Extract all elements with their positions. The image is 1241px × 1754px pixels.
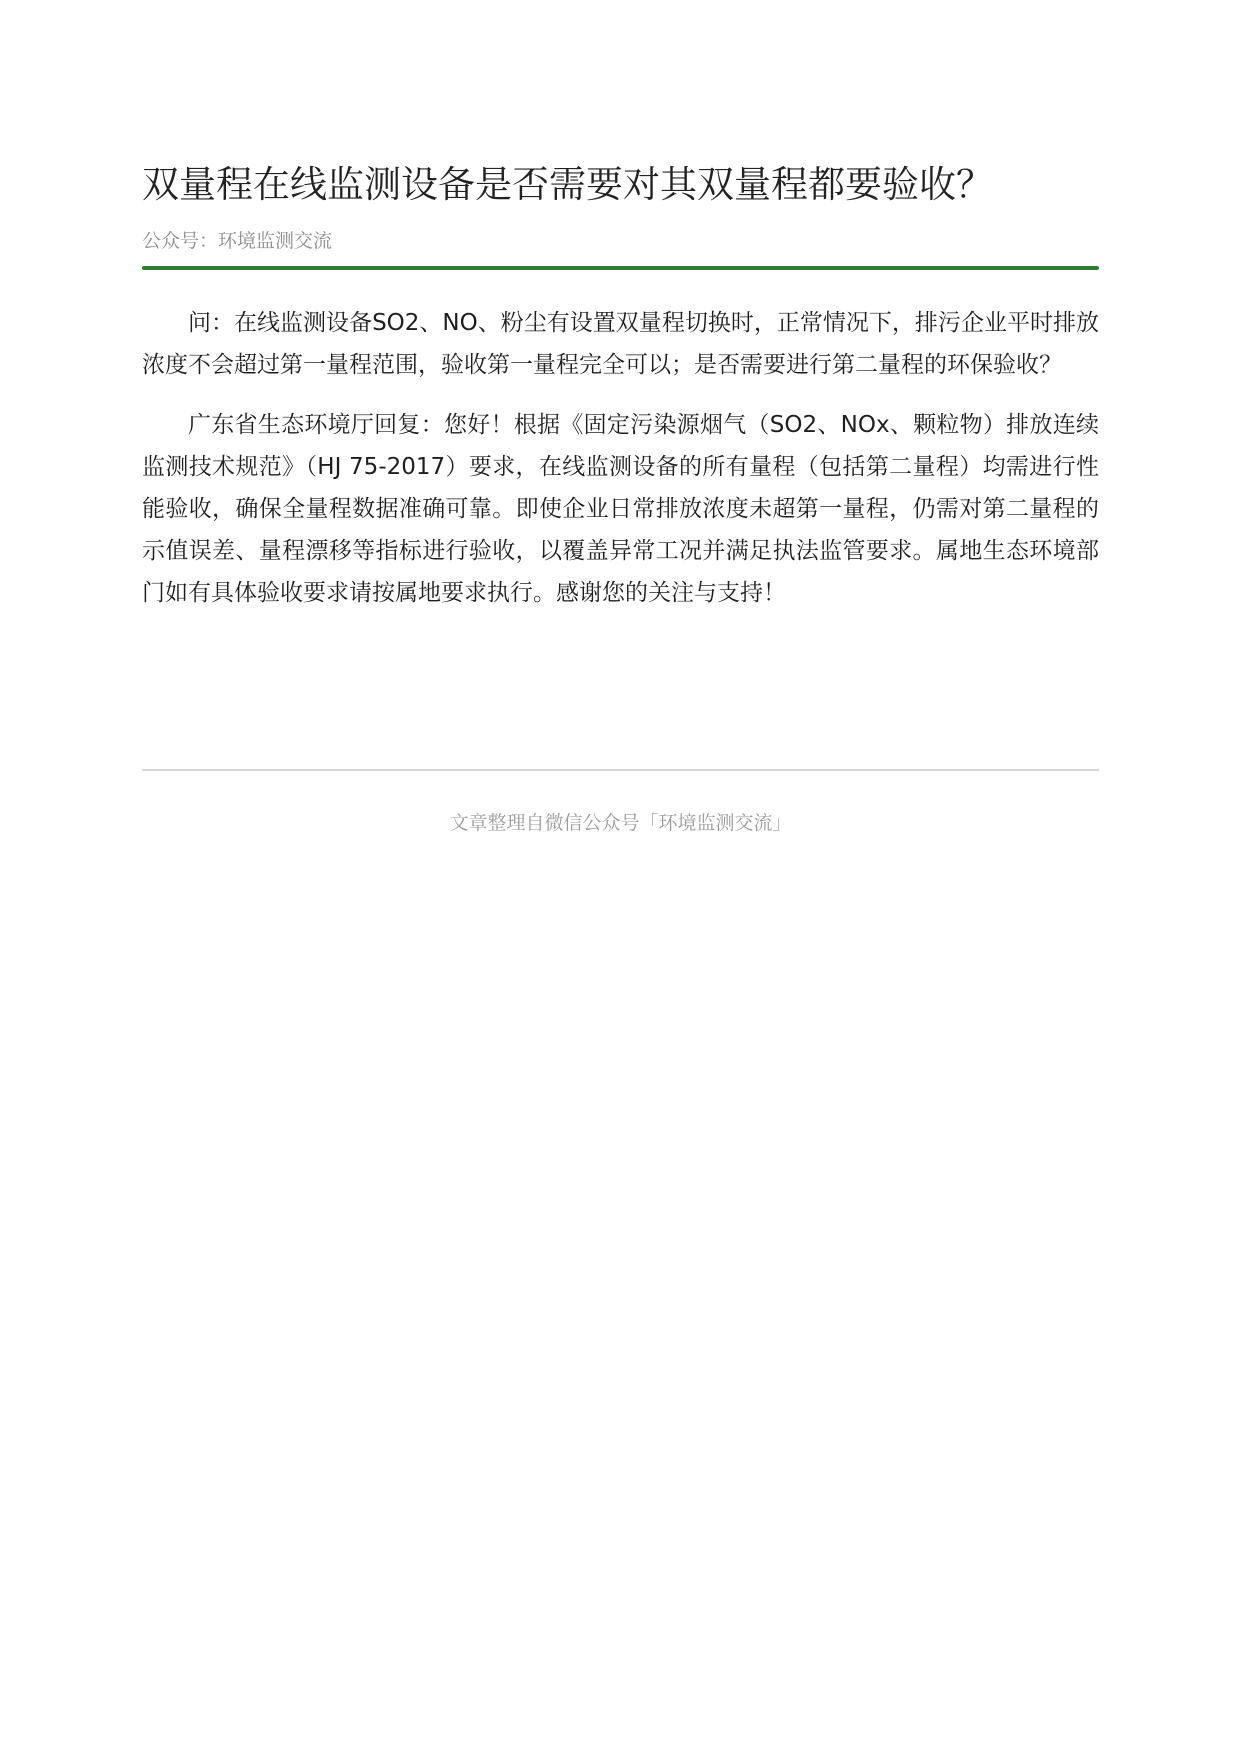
article-source: 公众号：环境监测交流 xyxy=(142,228,332,254)
source-note: 文章整理自微信公众号「环境监测交流」 xyxy=(142,810,1099,836)
title-divider xyxy=(142,266,1099,270)
footer-divider xyxy=(142,769,1099,771)
answer-paragraph: 广东省生态环境厅回复：您好！根据《固定污染源烟气（SO2、NOx、颗粒物）排放连… xyxy=(142,404,1099,614)
article-body: 问：在线监测设备SO2、NO、粉尘有设置双量程切换时，正常情况下，排污企业平时排… xyxy=(142,302,1099,632)
question-paragraph: 问：在线监测设备SO2、NO、粉尘有设置双量程切换时，正常情况下，排污企业平时排… xyxy=(142,302,1099,386)
article-title: 双量程在线监测设备是否需要对其双量程都要验收？ xyxy=(142,160,1099,210)
